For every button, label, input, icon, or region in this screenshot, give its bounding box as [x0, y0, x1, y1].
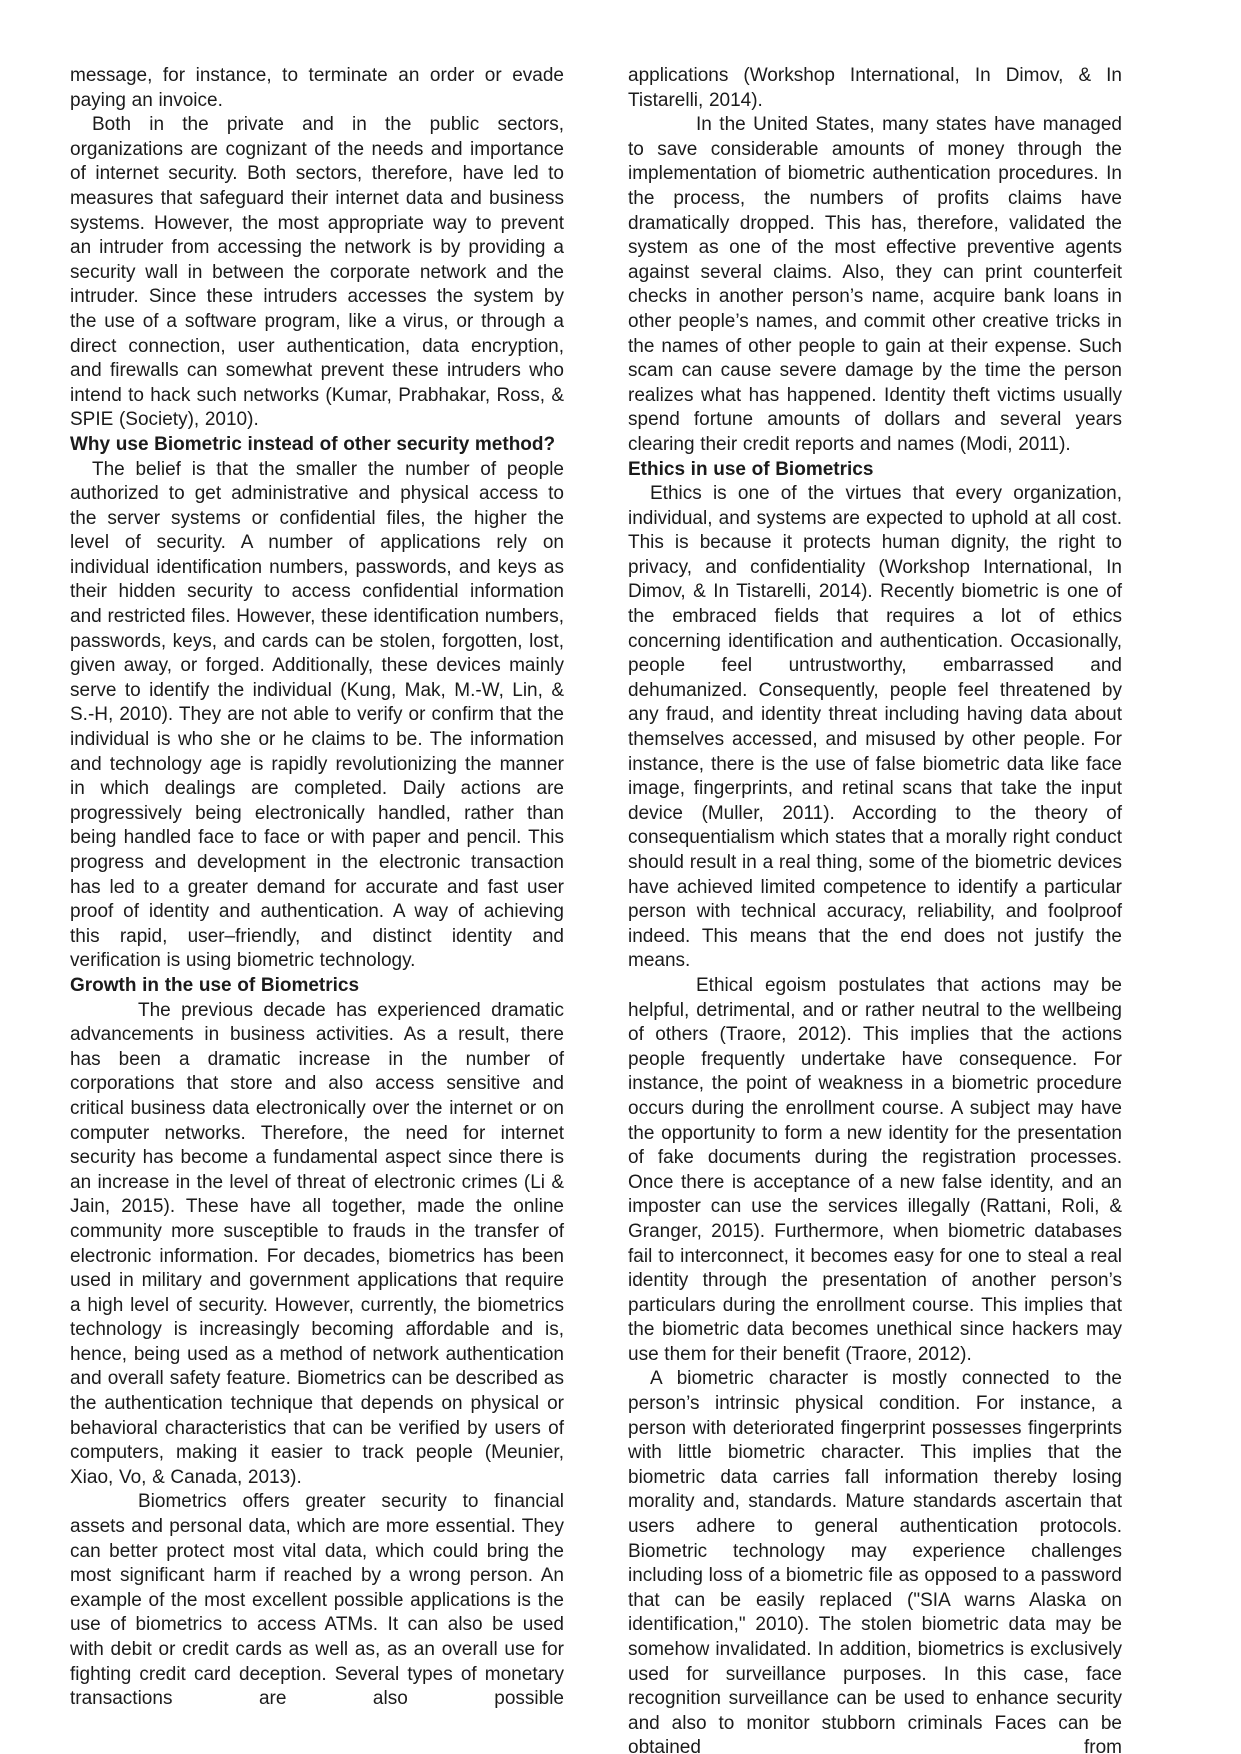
column-right: applications (Workshop International, In… — [628, 64, 1122, 1754]
section-heading: Why use Biometric instead of other secur… — [70, 433, 564, 458]
paragraph: Ethical egoism postulates that actions m… — [628, 974, 1122, 1368]
paragraph: Both in the private and in the public se… — [70, 113, 564, 433]
paragraph: Biometrics offers greater security to fi… — [70, 1490, 564, 1711]
paragraph: A biometric character is mostly connecte… — [628, 1367, 1122, 1754]
column-left: message, for instance, to terminate an o… — [70, 64, 564, 1754]
paragraph: The previous decade has experienced dram… — [70, 999, 564, 1491]
section-heading: Growth in the use of Biometrics — [70, 974, 564, 999]
paragraph: The belief is that the smaller the numbe… — [70, 458, 564, 974]
document-page: message, for instance, to terminate an o… — [0, 0, 1241, 1754]
paragraph: message, for instance, to terminate an o… — [70, 64, 564, 113]
paragraph: applications (Workshop International, In… — [628, 64, 1122, 113]
paragraph: Ethics is one of the virtues that every … — [628, 482, 1122, 974]
section-heading: Ethics in use of Biometrics — [628, 458, 1122, 483]
paragraph: In the United States, many states have m… — [628, 113, 1122, 457]
